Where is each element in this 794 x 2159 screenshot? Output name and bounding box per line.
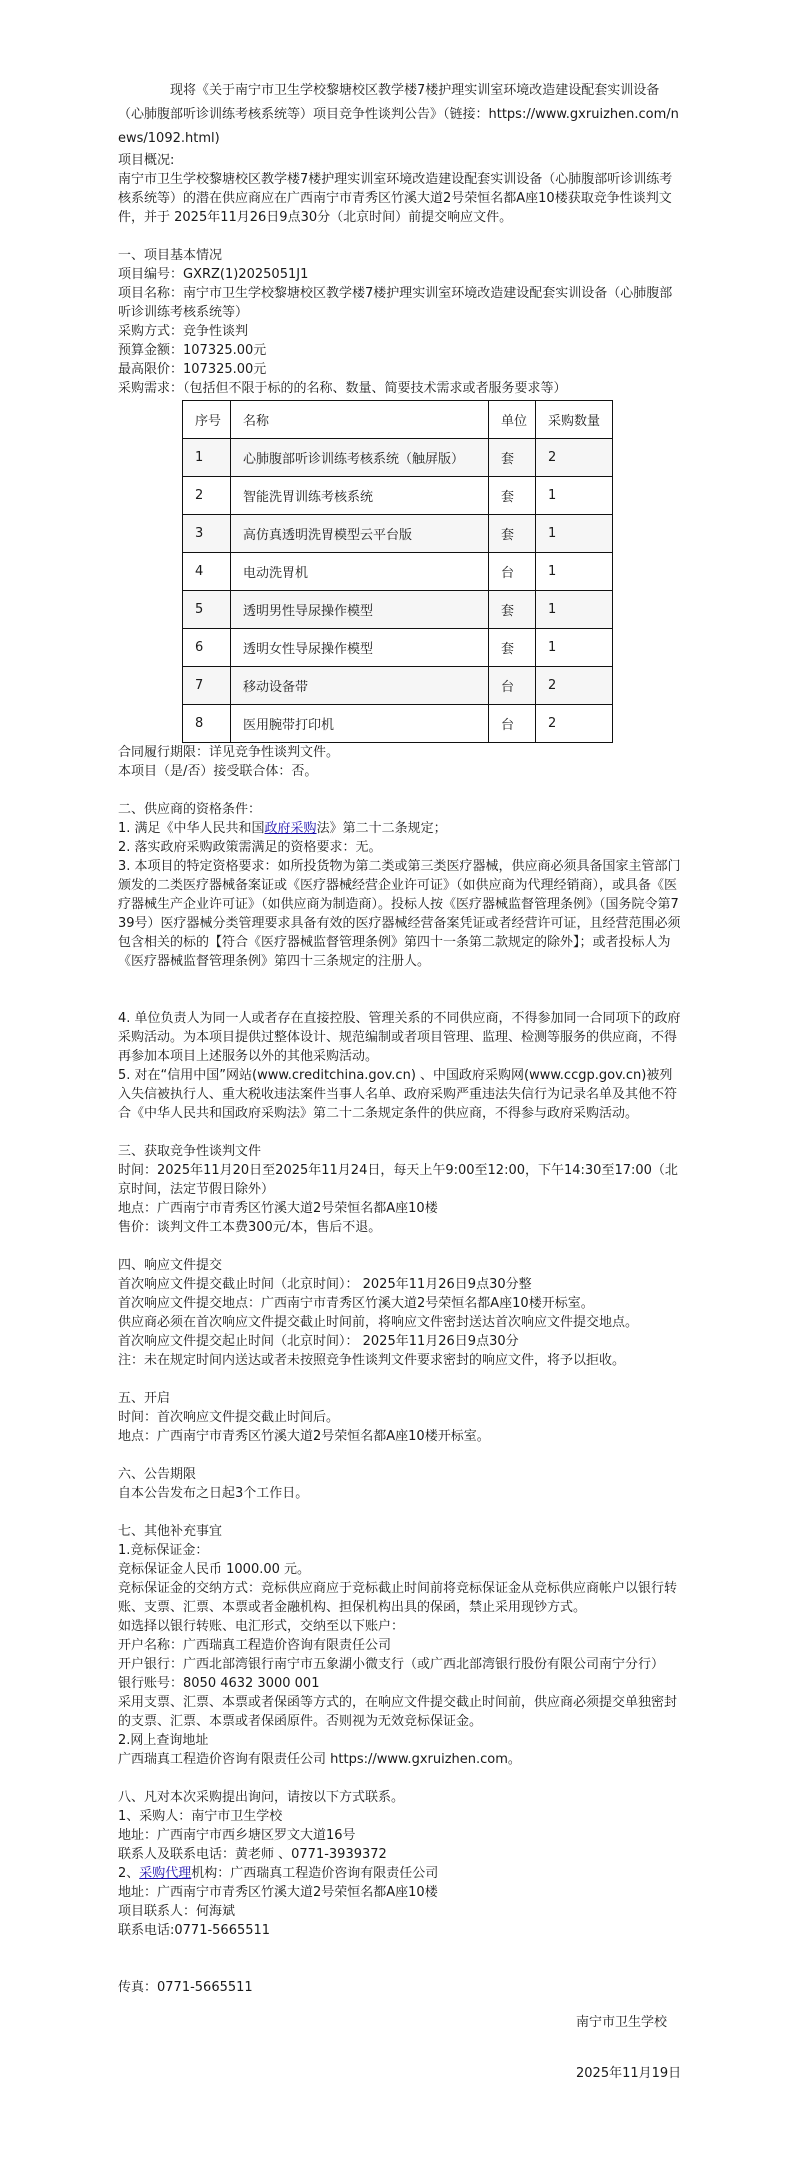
- government-procurement-link[interactable]: 政府采购: [265, 821, 317, 836]
- submission-note: 注：未在规定时间内送达或者未按照竞争性谈判文件要求密封的响应文件，将予以拒收。: [118, 1351, 683, 1370]
- cell-name: 高仿真透明洗胃模型云平台版: [231, 515, 489, 553]
- cell-name: 透明女性导尿操作模型: [231, 629, 489, 667]
- deposit-title: 1.竞标保证金：: [118, 1541, 683, 1560]
- cell-unit: 套: [489, 591, 536, 629]
- announcement-document: 现将《关于南宁市卫生学校黎塘校区教学楼7楼护理实训室环境改造建设配套实训设备（心…: [118, 79, 683, 1997]
- cell-name: 医用腕带打印机: [231, 705, 489, 743]
- cell-unit: 套: [489, 629, 536, 667]
- cell-index: 4: [183, 553, 231, 591]
- signature-date: 2025年11月19日: [576, 2062, 756, 2081]
- table-row: 3 高仿真透明洗胃模型云平台版 套 1: [183, 515, 613, 553]
- account-name: 开户名称：广西瑞真工程造价咨询有限责任公司: [118, 1636, 683, 1655]
- cell-index: 2: [183, 477, 231, 515]
- account-bank: 开户银行：广西北部湾银行南宁市五象湖小微支行（或广西北部湾银行股份有限公司南宁分…: [118, 1655, 683, 1674]
- qualification-item-4: 4. 单位负责人为同一人或者存在直接控股、管理关系的不同供应商，不得参加同一合同…: [118, 1009, 683, 1066]
- deposit-cheque-note: 采用支票、汇票、本票或者保函等方式的，在响应文件提交截止时间前，供应商必须提交单…: [118, 1693, 683, 1731]
- cell-quantity: 2: [536, 705, 613, 743]
- opening-place: 地点：广西南宁市青秀区竹溪大道2号荣恒名都A座10楼开标室。: [118, 1427, 683, 1446]
- cell-quantity: 1: [536, 553, 613, 591]
- table-row: 1 心肺腹部听诊训练考核系统（触屏版） 套 2: [183, 439, 613, 477]
- buyer-name: 1、采购人：南宁市卫生学校: [118, 1807, 683, 1826]
- cell-name: 智能洗胃训练考核系统: [231, 477, 489, 515]
- cell-quantity: 2: [536, 439, 613, 477]
- qualification-item-3: 3. 本项目的特定资格要求：如所投货物为第二类或第三类医疗器械，供应商必须具备国…: [118, 857, 683, 971]
- cell-unit: 套: [489, 439, 536, 477]
- obtain-place: 地点：广西南宁市青秀区竹溪大道2号荣恒名都A座10楼: [118, 1199, 683, 1218]
- obtain-time: 时间：2025年11月20日至2025年11月24日，每天上午9:00至12:0…: [118, 1161, 683, 1199]
- cell-index: 3: [183, 515, 231, 553]
- cell-quantity: 2: [536, 667, 613, 705]
- agent-suffix: 机构：广西瑞真工程造价咨询有限责任公司: [191, 1866, 438, 1881]
- section2-title: 二、供应商的资格条件：: [118, 800, 683, 819]
- cell-unit: 台: [489, 553, 536, 591]
- section6-title: 六、公告期限: [118, 1465, 683, 1484]
- header-index: 序号: [183, 401, 231, 439]
- cell-quantity: 1: [536, 477, 613, 515]
- opening-time: 时间：首次响应文件提交截止时间后。: [118, 1408, 683, 1427]
- section1-title: 一、项目基本情况: [118, 246, 683, 265]
- obtain-price: 售价：谈判文件工本费300元/本，售后不退。: [118, 1218, 683, 1237]
- procurement-method: 采购方式：竞争性谈判: [118, 322, 683, 341]
- table-row: 2 智能洗胃训练考核系统 套 1: [183, 477, 613, 515]
- submission-place: 首次响应文件提交地点：广西南宁市青秀区竹溪大道2号荣恒名都A座10楼开标室。: [118, 1294, 683, 1313]
- cell-index: 5: [183, 591, 231, 629]
- header-quantity: 采购数量: [536, 401, 613, 439]
- procurement-requirement: 采购需求：（包括但不限于标的的名称、数量、简要技术需求或者服务要求等）: [118, 379, 683, 398]
- table-row: 6 透明女性导尿操作模型 套 1: [183, 629, 613, 667]
- project-name: 项目名称：南宁市卫生学校黎塘校区教学楼7楼护理实训室环境改造建设配套实训设备（心…: [118, 284, 683, 322]
- contract-period: 合同履行期限：详见竞争性谈判文件。: [118, 743, 683, 762]
- cell-name: 心肺腹部听诊训练考核系统（触屏版）: [231, 439, 489, 477]
- buyer-address: 地址：广西南宁市西乡塘区罗文大道16号: [118, 1826, 683, 1845]
- fax-number: 传真：0771-5665511: [118, 1978, 683, 1997]
- max-price: 最高限价：107325.00元: [118, 360, 683, 379]
- cell-name: 透明男性导尿操作模型: [231, 591, 489, 629]
- project-number: 项目编号：GXRZ(1)2025051J1: [118, 265, 683, 284]
- agent-phone: 联系电话:0771-5665511: [118, 1921, 683, 1940]
- agent-prefix: 2、: [118, 1866, 139, 1881]
- agent-contact-person: 项目联系人：何海斌: [118, 1902, 683, 1921]
- agent-name: 2、采购代理机构：广西瑞真工程造价咨询有限责任公司: [118, 1864, 683, 1883]
- cell-index: 8: [183, 705, 231, 743]
- cell-unit: 套: [489, 515, 536, 553]
- budget-amount: 预算金额：107325.00元: [118, 341, 683, 360]
- table-row: 7 移动设备带 台 2: [183, 667, 613, 705]
- cell-quantity: 1: [536, 515, 613, 553]
- agent-address: 地址：广西南宁市青秀区竹溪大道2号荣恒名都A座10楼: [118, 1883, 683, 1902]
- header-name: 名称: [231, 401, 489, 439]
- cell-index: 7: [183, 667, 231, 705]
- buyer-contact: 联系人及联系电话：黄老师 、0771-3939372: [118, 1845, 683, 1864]
- cell-unit: 台: [489, 667, 536, 705]
- submission-deadline: 首次响应文件提交截止时间（北京时间）： 2025年11月26日9点30分整: [118, 1275, 683, 1294]
- cell-index: 1: [183, 439, 231, 477]
- cell-name: 移动设备带: [231, 667, 489, 705]
- query-title: 2.网上查询地址: [118, 1731, 683, 1750]
- cell-unit: 台: [489, 705, 536, 743]
- section7-title: 七、其他补充事宜: [118, 1522, 683, 1541]
- intro-paragraph: 现将《关于南宁市卫生学校黎塘校区教学楼7楼护理实训室环境改造建设配套实训设备（心…: [118, 79, 683, 151]
- qualification-item-1: 1. 满足《中华人民共和国政府采购法》第二十二条规定；: [118, 819, 683, 838]
- overview-label: 项目概况:: [118, 151, 683, 170]
- submission-start: 首次响应文件提交起止时间（北京时间）： 2025年11月26日9点30分: [118, 1332, 683, 1351]
- cell-name: 电动洗胃机: [231, 553, 489, 591]
- section5-title: 五、开启: [118, 1389, 683, 1408]
- section3-title: 三、获取竞争性谈判文件: [118, 1142, 683, 1161]
- section4-title: 四、响应文件提交: [118, 1256, 683, 1275]
- deposit-transfer-note: 如选择以银行转账、电汇形式，交纳至以下账户：: [118, 1617, 683, 1636]
- table-row: 8 医用腕带打印机 台 2: [183, 705, 613, 743]
- table-header-row: 序号 名称 单位 采购数量: [183, 401, 613, 439]
- consortium-accepted: 本项目（是/否）接受联合体：否。: [118, 762, 683, 781]
- requirements-table: 序号 名称 单位 采购数量 1 心肺腹部听诊训练考核系统（触屏版） 套 2 2 …: [182, 400, 613, 743]
- signature-organization: 南宁市卫生学校: [576, 2011, 756, 2030]
- table-row: 4 电动洗胃机 台 1: [183, 553, 613, 591]
- cell-index: 6: [183, 629, 231, 667]
- query-address: 广西瑞真工程造价咨询有限责任公司 https://www.gxruizhen.c…: [118, 1750, 683, 1769]
- cell-quantity: 1: [536, 591, 613, 629]
- announcement-period: 自本公告发布之日起3个工作日。: [118, 1484, 683, 1503]
- header-unit: 单位: [489, 401, 536, 439]
- qualification-item-2: 2. 落实政府采购政策需满足的资格要求：无。: [118, 838, 683, 857]
- overview-text: 南宁市卫生学校黎塘校区教学楼7楼护理实训室环境改造建设配套实训设备（心肺腹部听诊…: [118, 170, 683, 227]
- qualification-item-5: 5. 对在“信用中国”网站(www.creditchina.gov.cn) 、中…: [118, 1066, 683, 1123]
- procurement-agent-link[interactable]: 采购代理: [139, 1866, 191, 1881]
- qualification-item-1-prefix: 1. 满足《中华人民共和国: [118, 821, 265, 836]
- submission-seal: 供应商必须在首次响应文件提交截止时间前，将响应文件密封送达首次响应文件提交地点。: [118, 1313, 683, 1332]
- qualification-item-1-suffix: 法》第二十二条规定；: [317, 821, 447, 836]
- cell-quantity: 1: [536, 629, 613, 667]
- account-number: 银行账号：8050 4632 3000 001: [118, 1674, 683, 1693]
- section8-title: 八、凡对本次采购提出询问，请按以下方式联系。: [118, 1788, 683, 1807]
- cell-unit: 套: [489, 477, 536, 515]
- deposit-amount: 竞标保证金人民币 1000.00 元。: [118, 1560, 683, 1579]
- deposit-payment-method: 竞标保证金的交纳方式：竞标供应商应于竞标截止时间前将竞标保证金从竞标供应商帐户以…: [118, 1579, 683, 1617]
- table-row: 5 透明男性导尿操作模型 套 1: [183, 591, 613, 629]
